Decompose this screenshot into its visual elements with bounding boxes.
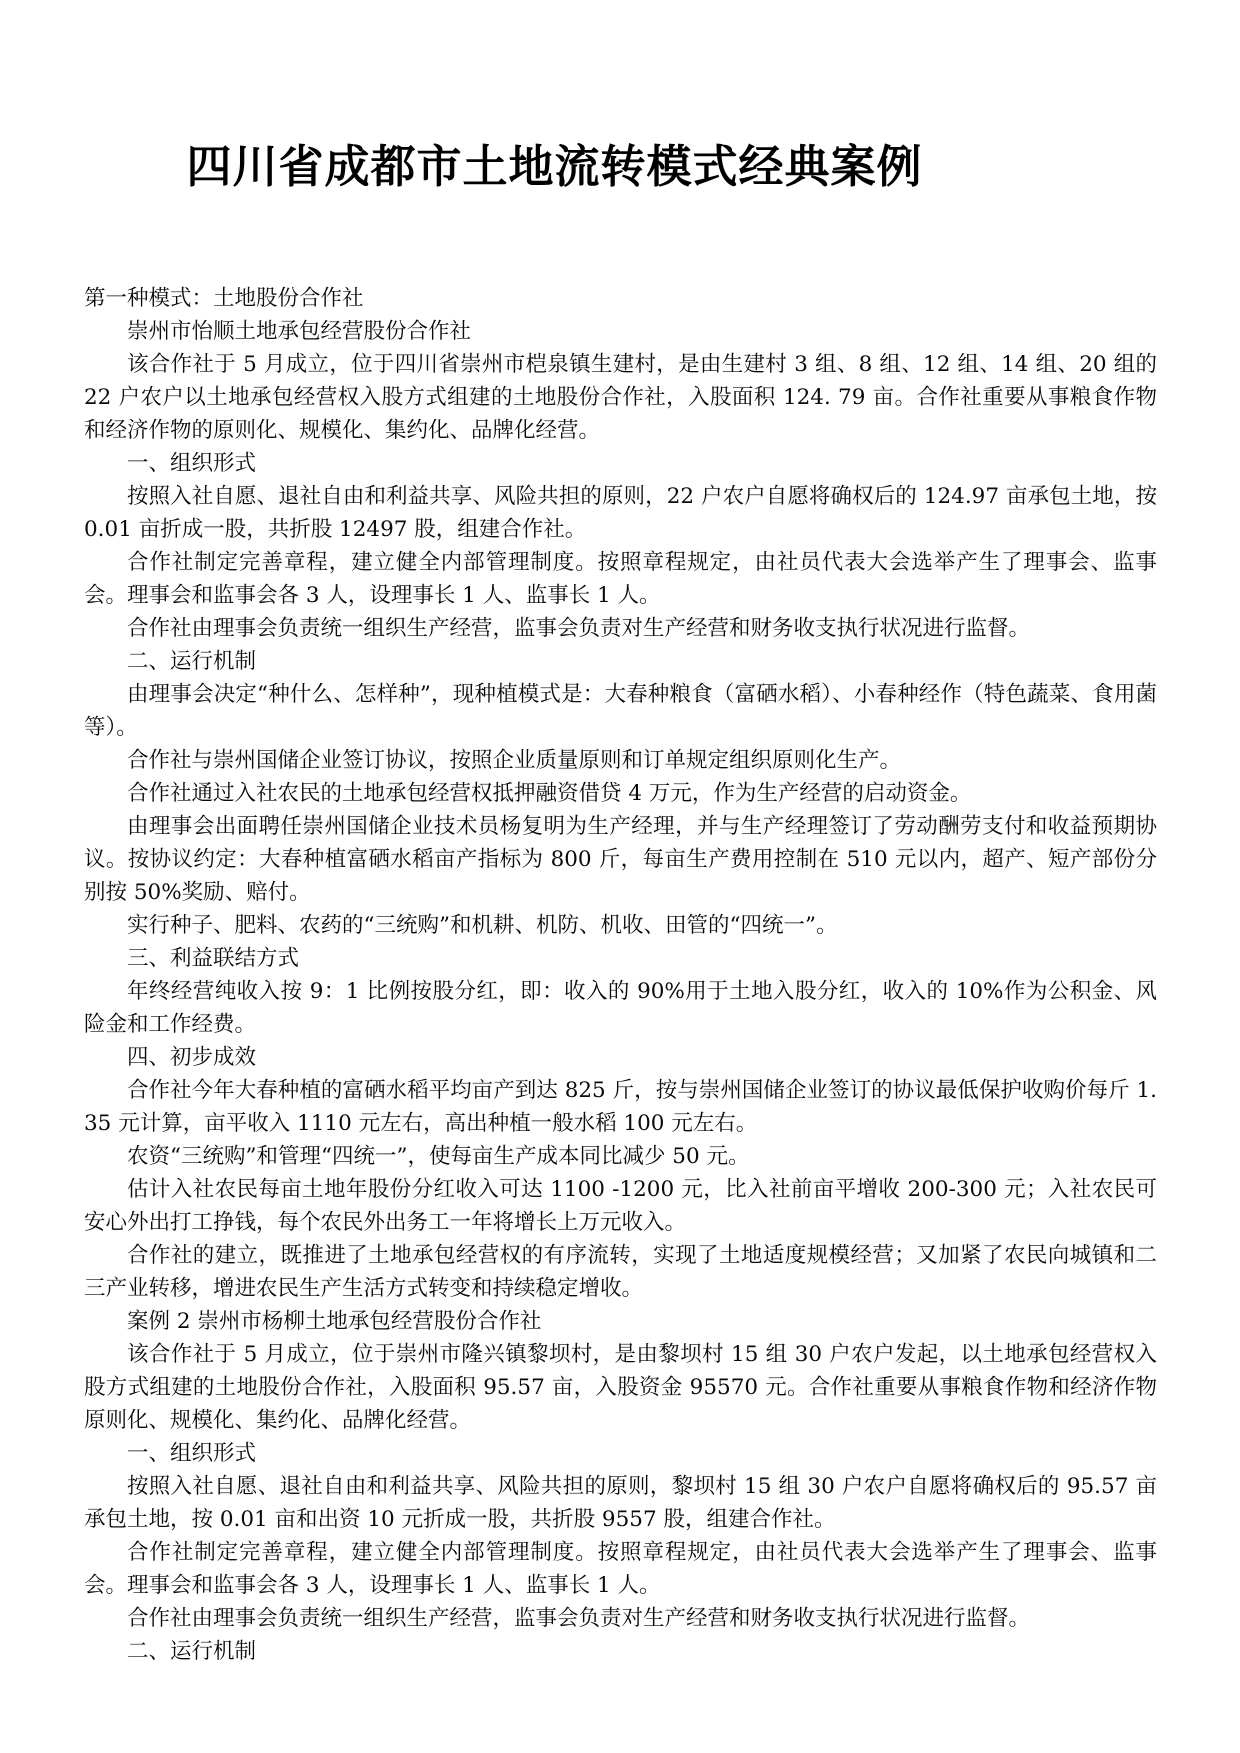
paragraph: 崇州市怡顺土地承包经营股份合作社	[84, 315, 1157, 348]
paragraph: 该合作社于 5 月成立，位于崇州市隆兴镇黎坝村，是由黎坝村 15 组 30 户农…	[84, 1338, 1157, 1437]
paragraph: 农资“三统购”和管理“四统一”，使每亩生产成本同比减少 50 元。	[84, 1140, 1157, 1173]
paragraph: 按照入社自愿、退社自由和利益共享、风险共担的原则，黎坝村 15 组 30 户农户…	[84, 1470, 1157, 1536]
paragraph: 合作社通过入社农民的土地承包经营权抵押融资借贷 4 万元，作为生产经营的启动资金…	[84, 777, 1157, 810]
paragraph: 二、运行机制	[84, 1635, 1157, 1668]
paragraph: 合作社由理事会负责统一组织生产经营，监事会负责对生产经营和财务收支执行状况进行监…	[84, 1602, 1157, 1635]
document-title: 四川省成都市土地流转模式经典案例	[84, 140, 1025, 194]
paragraph: 年终经营纯收入按 9：1 比例按股分红，即：收入的 90%用于土地入股分红，收入…	[84, 975, 1157, 1041]
paragraph: 合作社的建立，既推进了土地承包经营权的有序流转，实现了土地适度规模经营；又加紧了…	[84, 1239, 1157, 1305]
paragraph: 一、组织形式	[84, 1437, 1157, 1470]
paragraph: 四、初步成效	[84, 1041, 1157, 1074]
paragraph: 估计入社农民每亩土地年股份分红收入可达 1100 -1200 元，比入社前亩平增…	[84, 1173, 1157, 1239]
paragraph: 二、运行机制	[84, 645, 1157, 678]
paragraph: 按照入社自愿、退社自由和利益共享、风险共担的原则，22 户农户自愿将确权后的 1…	[84, 480, 1157, 546]
paragraph: 第一种模式：土地股份合作社	[84, 282, 1157, 315]
paragraph: 合作社与崇州国储企业签订协议，按照企业质量原则和订单规定组织原则化生产。	[84, 744, 1157, 777]
paragraph: 实行种子、肥料、农药的“三统购”和机耕、机防、机收、田管的“四统一”。	[84, 909, 1157, 942]
paragraph: 由理事会决定“种什么、怎样种”，现种植模式是：大春种粮食（富硒水稻）、小春种经作…	[84, 678, 1157, 744]
paragraph: 合作社今年大春种植的富硒水稻平均亩产到达 825 斤，按与崇州国储企业签订的协议…	[84, 1074, 1157, 1140]
paragraph: 由理事会出面聘任崇州国储企业技术员杨复明为生产经理，并与生产经理签订了劳动酬劳支…	[84, 810, 1157, 909]
paragraph: 该合作社于 5 月成立，位于四川省崇州市桤泉镇生建村，是由生建村 3 组、8 组…	[84, 348, 1157, 447]
paragraph: 三、利益联结方式	[84, 942, 1157, 975]
paragraph: 一、组织形式	[84, 447, 1157, 480]
paragraph: 合作社由理事会负责统一组织生产经营，监事会负责对生产经营和财务收支执行状况进行监…	[84, 612, 1157, 645]
document-page: 四川省成都市土地流转模式经典案例 第一种模式：土地股份合作社崇州市怡顺土地承包经…	[0, 0, 1240, 1753]
document-body: 第一种模式：土地股份合作社崇州市怡顺土地承包经营股份合作社该合作社于 5 月成立…	[84, 282, 1157, 1668]
paragraph: 合作社制定完善章程，建立健全内部管理制度。按照章程规定，由社员代表大会选举产生了…	[84, 546, 1157, 612]
paragraph: 案例 2 崇州市杨柳土地承包经营股份合作社	[84, 1305, 1157, 1338]
paragraph: 合作社制定完善章程，建立健全内部管理制度。按照章程规定，由社员代表大会选举产生了…	[84, 1536, 1157, 1602]
